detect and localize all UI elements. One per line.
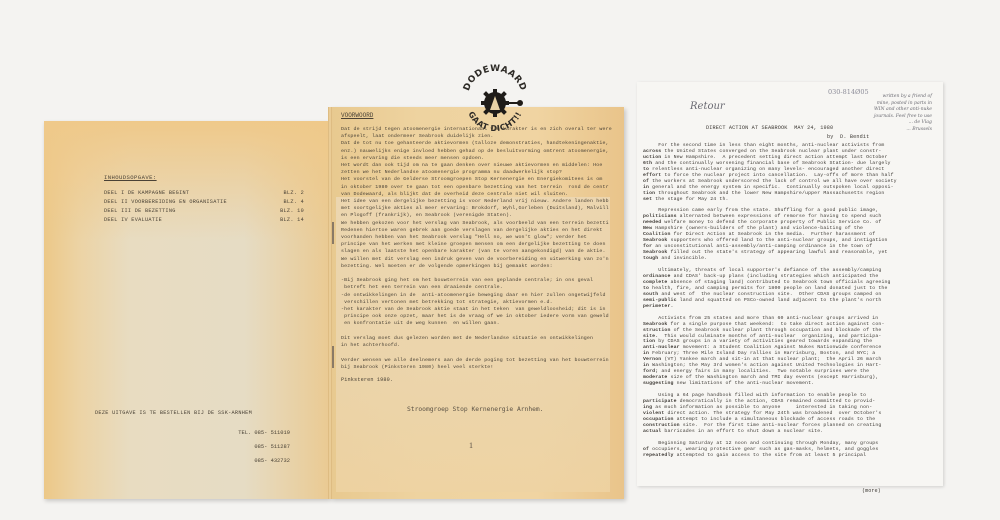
press-title: DIRECT ACTION AT SEABROOK MAY 24, 1980 (706, 124, 833, 132)
text-line: met soortgelijke akties al meer ervaring… (341, 205, 612, 212)
phone-number: 085- 432732 (230, 454, 290, 468)
toc-page: BLZ. 10 (280, 208, 304, 217)
toc-label: DEEL I DE KAMPAGNE BEGINT (104, 190, 189, 199)
text-line: of the workers at Seabrook underscored t… (643, 179, 897, 185)
press-author: by D. Bendit (827, 133, 869, 141)
text-line: Seabrook for a single purpose that weeke… (643, 322, 897, 328)
toc-page: BLZ. 4 (284, 199, 304, 208)
phone-number: TEL. 085- 511019 (230, 426, 290, 440)
foreword-body: Dat de strijd tegen atoomenergie interna… (341, 126, 612, 371)
text-line: We willen met dit verslag een indruk gev… (341, 256, 612, 263)
text-line: zetten we het Nederlandse atoomenergie p… (341, 169, 612, 176)
text-line: in general and the energy system in spec… (643, 185, 897, 191)
text-line: south and west of the nuclear constructi… (643, 292, 897, 298)
text-line: Verder wensen we alle deelnemers aan de … (341, 357, 612, 364)
paragraph-gap (643, 459, 897, 465)
text-line: Het wordt dan ook tijd om na te gaan den… (341, 162, 612, 169)
toc-label: DEEL IV EVALUATIE (104, 217, 162, 226)
toc-label: DEEL III DE BEZETTING (104, 208, 176, 217)
text-line: bezetting. Wel moeten er de volgende opm… (341, 263, 612, 270)
handwritten-title: Retour (690, 101, 725, 112)
toc-page: BLZ. 2 (284, 190, 304, 199)
booklet-spine (328, 107, 332, 499)
table-of-contents: DEEL I DE KAMPAGNE BEGINTBLZ. 2DEEL II V… (104, 190, 304, 226)
text-line: betreft het een terrein van een draaiend… (341, 284, 612, 291)
paragraph-gap (341, 328, 612, 335)
paragraph-gap (341, 349, 612, 356)
text-line: tion throughout Seabrook and the lower N… (643, 191, 897, 197)
text-line: We hebben gekozen voor het verslag van S… (341, 220, 612, 227)
text-line: Het idee van een dergelijke bezetting is… (341, 198, 612, 205)
text-line: enz.) nauwelijks enige invloed hebben ge… (341, 148, 612, 155)
text-line: afspeelt, laat ondermeer Seabrook duidel… (341, 133, 612, 140)
handwritten-line: ... de Vlag (832, 120, 932, 127)
text-line: uction in New Hampshire. A precedent set… (643, 155, 897, 161)
continuation-note: (more) (862, 488, 881, 494)
toc-entry: DEEL I DE KAMPAGNE BEGINTBLZ. 2 (104, 190, 304, 199)
text-line: complete absence of staging land) contri… (643, 280, 897, 286)
text-line: is een ervaring die steeds meer mensen o… (341, 155, 612, 162)
text-line: to relentless anti-nuclear organizing on… (643, 167, 897, 173)
toc-title: INHOUDSOPGAVE: (104, 174, 157, 181)
text-line: principe van het werken met kleine groep… (341, 241, 612, 248)
staple (332, 346, 334, 368)
text-line: -Bij Seabrook ging het om het bouwterrei… (341, 277, 612, 284)
handwritten-line: written by a friend of (832, 94, 932, 101)
text-line: slagen en als laatste het openbare karak… (341, 248, 612, 255)
press-body: For the second time in less than eight m… (643, 143, 897, 464)
foreword-date: Pinksteren 1980. (341, 376, 393, 384)
phone-number: 085- 511287 (230, 440, 290, 454)
text-line: voorhanden hebben van het Seabrook versl… (341, 234, 612, 241)
logo-top-text: DODEWAARD (462, 64, 528, 92)
text-line: verschillen vertonen met betrekking tot … (341, 299, 612, 306)
text-line: en Plogoff (frankrijk), en Seabrook (ver… (341, 212, 612, 219)
text-line: Activists from 25 states and more than 6… (643, 316, 897, 322)
text-line: 6th and the continually worsening financ… (643, 161, 897, 167)
text-line: occupation attempt to include a simultan… (643, 417, 897, 423)
text-line: Het voorstel van de Gelderse Stroomgroep… (341, 176, 612, 183)
text-line: struction of the Seabrook nuclear plant … (643, 328, 897, 334)
text-line: violent direct action. The strategy for … (643, 411, 897, 417)
text-line: en konfrontatie uit de weg kunnen en wil… (341, 320, 612, 327)
paragraph-gap (341, 270, 612, 277)
text-line: Dat de tot nu toe gehanteerde aktievorme… (341, 140, 612, 147)
text-line: -het karakter van de Seabrook aktie staa… (341, 306, 612, 313)
text-line: repeatedly attempted to gain access to t… (643, 453, 897, 459)
handwritten-note: written by a friend ofmine, posted in pa… (832, 94, 932, 134)
text-line: effort to force the nuclear project into… (643, 173, 897, 179)
phone-numbers: TEL. 085- 511019085- 511287085- 432732 (230, 426, 290, 468)
toc-label: DEEL II VOORBEREIDING EN ORGANISATIE (104, 199, 227, 208)
toc-entry: DEEL III DE BEZETTINGBLZ. 10 (104, 208, 304, 217)
text-line: to health, fire, and camping permits for… (643, 286, 897, 292)
toc-entry: DEEL II VOORBEREIDING EN ORGANISATIEBLZ.… (104, 199, 304, 208)
handwritten-line: WIN and other anti-nuke (832, 107, 932, 114)
svg-text:DODEWAARD: DODEWAARD (462, 64, 528, 92)
text-line: Beginning Saturday at 12 noon and contin… (643, 441, 897, 447)
page-number: 1 (469, 441, 473, 450)
text-line: construction site. For the first time an… (643, 423, 897, 429)
text-line: of occupiers, wearing protective gear su… (643, 447, 897, 453)
text-line: Redenen hiertoe waren gebrek aan goede v… (341, 227, 612, 234)
toc-page: BLZ. 14 (280, 217, 304, 226)
text-line: Dat de strijd tegen atoomenergie interna… (341, 126, 612, 133)
text-line: ing as much information as possible to a… (643, 405, 897, 411)
text-line: semi-public land and squatted on PSCo-ow… (643, 298, 897, 304)
text-line: in het achterhoofd. (341, 342, 612, 349)
text-line: bij Seabrook (Pinksteren 1980) heel veel… (341, 364, 612, 371)
text-line: Dit verslag moet dus gelezen worden met … (341, 335, 612, 342)
order-note: DEZE UITGAVE IS TE BESTELLEN BIJ DE SSK-… (95, 410, 252, 416)
text-line: -de ontwikkelingen in de anti-atoomenerg… (341, 292, 612, 299)
toc-entry: DEEL IV EVALUATIEBLZ. 14 (104, 217, 304, 226)
text-line: principe ook onze opzet, maar het is de … (341, 313, 612, 320)
staple (332, 222, 334, 244)
text-line: van Dodewaard, als blijkt dat de overhei… (341, 191, 612, 198)
signoff: Stroomgroep Stop Kernenergie Arnhem. (407, 406, 543, 413)
text-line: in oktober 1980 over te gaan tot een ope… (341, 184, 612, 191)
foreword-heading: VOORWOORD (341, 112, 373, 119)
